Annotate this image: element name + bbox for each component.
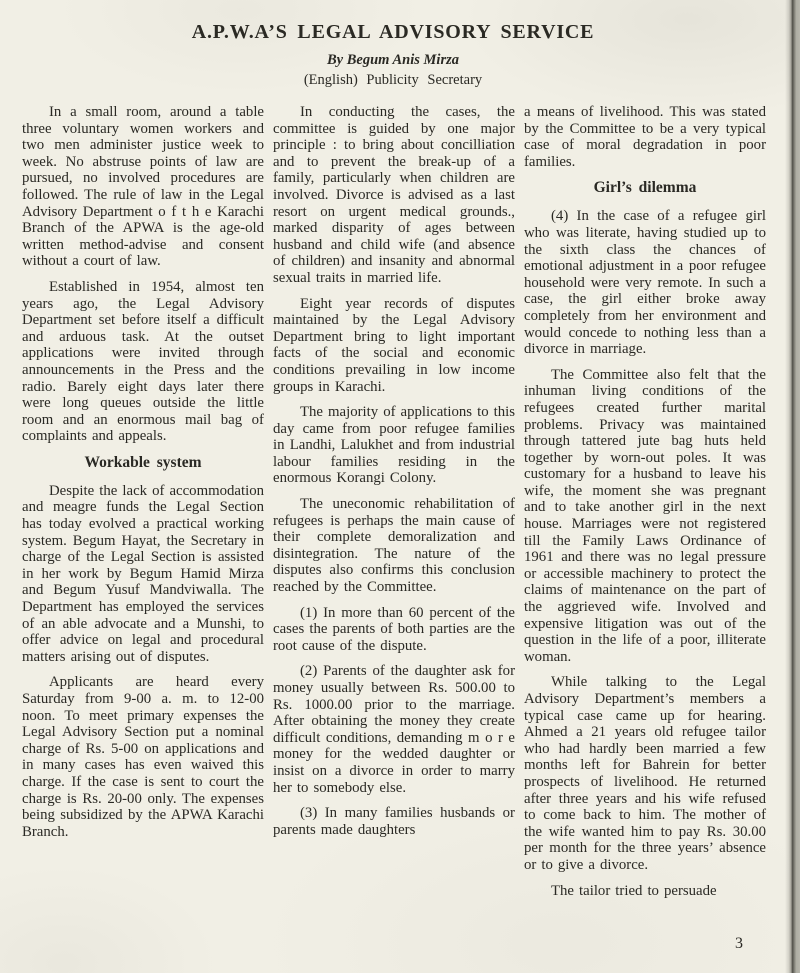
paragraph: In conducting the cases, the committee i… <box>273 104 515 287</box>
article-body: In a small room, around a table three vo… <box>22 104 767 964</box>
page-edge-shadow <box>785 0 800 973</box>
paragraph: The majority of applications to this day… <box>273 404 515 487</box>
paragraph: In a small room, around a table three vo… <box>22 104 264 270</box>
byline-role: (English) Publicity Secretary <box>0 72 786 89</box>
paragraph: Established in 1954, almost ten years ag… <box>22 279 264 445</box>
paragraph: Applicants are heard every Saturday from… <box>22 674 264 840</box>
paragraph: (2) Parents of the daughter ask for mone… <box>273 663 515 796</box>
paragraph: Eight year records of disputes maintaine… <box>273 296 515 396</box>
section-heading-workable-system: Workable system <box>22 454 264 472</box>
paragraph-continuation: a means of livelihood. This was stated b… <box>524 104 766 170</box>
paragraph: (1) In more than 60 percent of the cases… <box>273 605 515 655</box>
paragraph: Despite the lack of accommodation and me… <box>22 483 264 666</box>
paragraph: The uneconomic rehabilitation of refugee… <box>273 496 515 596</box>
paragraph: (3) In many families husbands or parents… <box>273 805 515 838</box>
paragraph: The Committee also felt that the inhuman… <box>524 367 766 666</box>
paragraph: (4) In the case of a refugee girl who wa… <box>524 208 766 357</box>
section-heading-girls-dilemma: Girl’s dilemma <box>524 179 766 197</box>
column-1: In a small room, around a table three vo… <box>22 104 264 964</box>
page-number: 3 <box>735 935 743 953</box>
column-3: a means of livelihood. This was stated b… <box>524 104 766 964</box>
column-2: In conducting the cases, the committee i… <box>273 104 515 964</box>
article-title: A.P.W.A’S LEGAL ADVISORY SERVICE <box>0 21 786 44</box>
scanned-article-page: A.P.W.A’S LEGAL ADVISORY SERVICE By Begu… <box>0 0 800 973</box>
paragraph: The tailor tried to persuade <box>524 883 766 900</box>
byline: By Begum Anis Mirza <box>0 52 786 69</box>
paragraph: While talking to the Legal Advisory Depa… <box>524 674 766 873</box>
article-header: A.P.W.A’S LEGAL ADVISORY SERVICE By Begu… <box>0 21 786 89</box>
